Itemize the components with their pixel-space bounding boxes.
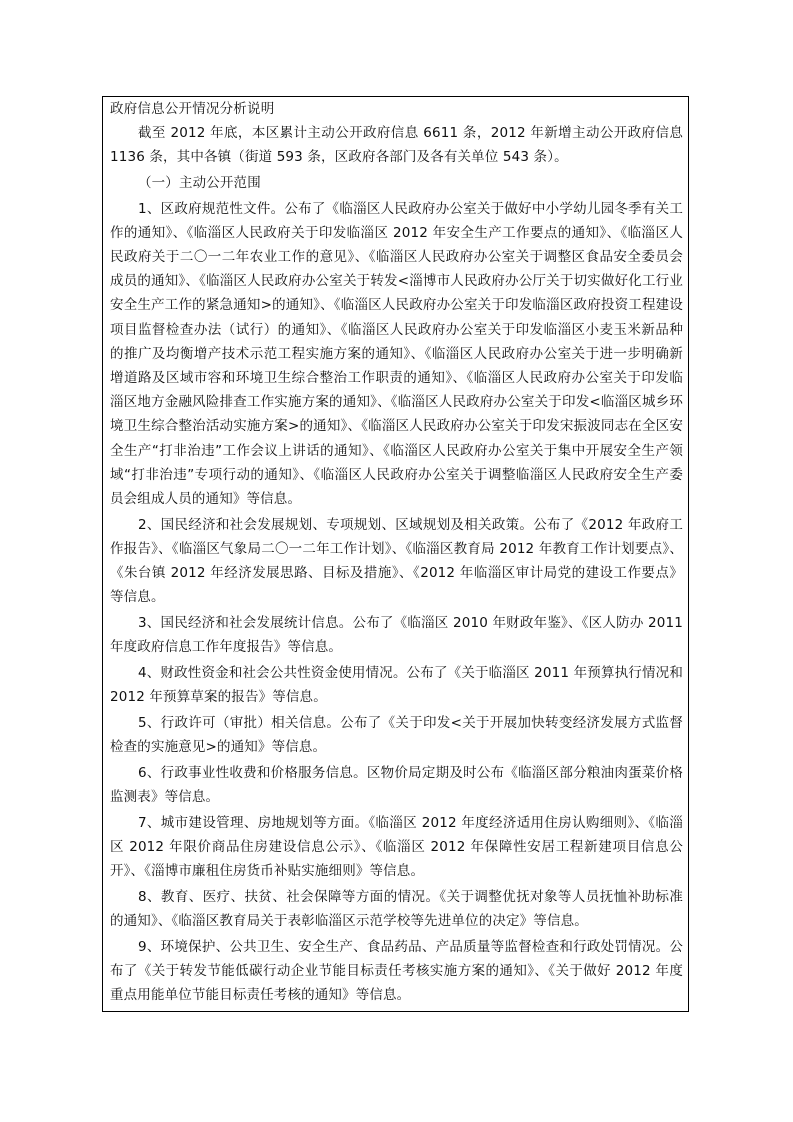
item-6-paragraph: 6、行政事业性收费和价格服务信息。区物价局定期及时公布《临淄区部分粮油肉蛋菜价格… — [103, 761, 688, 809]
summary-paragraph: 截至 2012 年底，本区累计主动公开政府信息 6611 条，2012 年新增主… — [103, 121, 688, 169]
item-2-paragraph: 2、国民经济和社会发展规划、专项规划、区域规划及相关政策。公布了《2012 年政… — [103, 513, 688, 610]
item-3-paragraph: 3、国民经济和社会发展统计信息。公布了《临淄区 2010 年财政年鉴》、《区人防… — [103, 611, 688, 659]
section-heading-active-disclosure: （一）主动公开范围 — [103, 171, 688, 195]
item-4-paragraph: 4、财政性资金和社会公共性资金使用情况。公布了《关于临淄区 2011 年预算执行… — [103, 661, 688, 709]
item-9-paragraph: 9、环境保护、公共卫生、安全生产、食品药品、产品质量等监督检查和行政处罚情况。公… — [103, 935, 688, 1008]
item-1-paragraph: 1、区政府规范性文件。公布了《临淄区人民政府办公室关于做好中小学幼儿园冬季有关工… — [103, 197, 688, 512]
document-title: 政府信息公开情况分析说明 — [103, 97, 688, 121]
item-10-paragraph: 10、公共服务类信息。公布了《临淄区安全生产监督管理局安全生产行政执法依据》、《… — [103, 1009, 688, 1012]
document-table-cell: 政府信息公开情况分析说明 截至 2012 年底，本区累计主动公开政府信息 661… — [102, 96, 689, 1012]
item-5-paragraph: 5、行政许可（审批）相关信息。公布了《关于印发<关于开展加快转变经济发展方式监督… — [103, 711, 688, 759]
item-8-paragraph: 8、教育、医疗、扶贫、社会保障等方面的情况。《关于调整优抚对象等人员抚恤补助标准… — [103, 885, 688, 933]
item-7-paragraph: 7、城市建设管理、房地规划等方面。《临淄区 2012 年度经济适用住房认购细则》… — [103, 811, 688, 884]
